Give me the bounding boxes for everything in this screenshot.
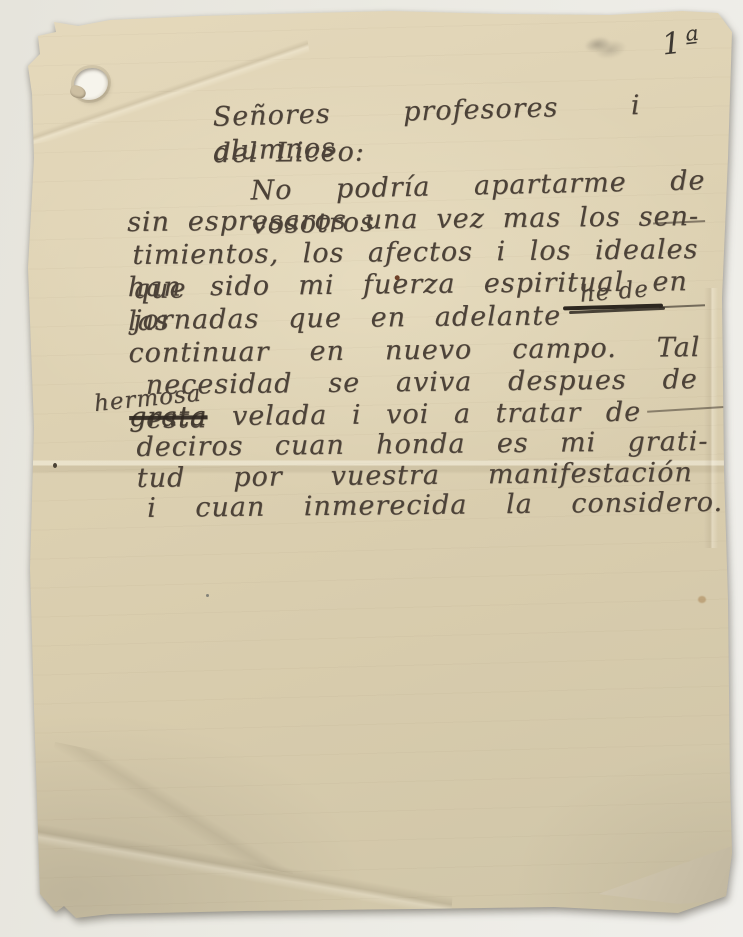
handwritten-text-block: Señores profesores i alumnos del Liceo: … [11, 2, 743, 924]
inserted-correction: he de [579, 276, 650, 307]
ink-blot [395, 275, 400, 280]
ink-speck [53, 463, 57, 468]
manuscript-page: 1ª Señores profesores i alumnos del Lice… [14, 8, 740, 922]
scanned-manuscript: 1ª Señores profesores i alumnos del Lice… [0, 0, 743, 937]
crossed-out-word: grata [129, 401, 208, 433]
manuscript-line: i cuan inmerecida la considero. [147, 486, 723, 526]
stain-spot [698, 596, 706, 603]
manuscript-line: del Liceo: [213, 136, 365, 172]
ink-speck [206, 594, 209, 597]
